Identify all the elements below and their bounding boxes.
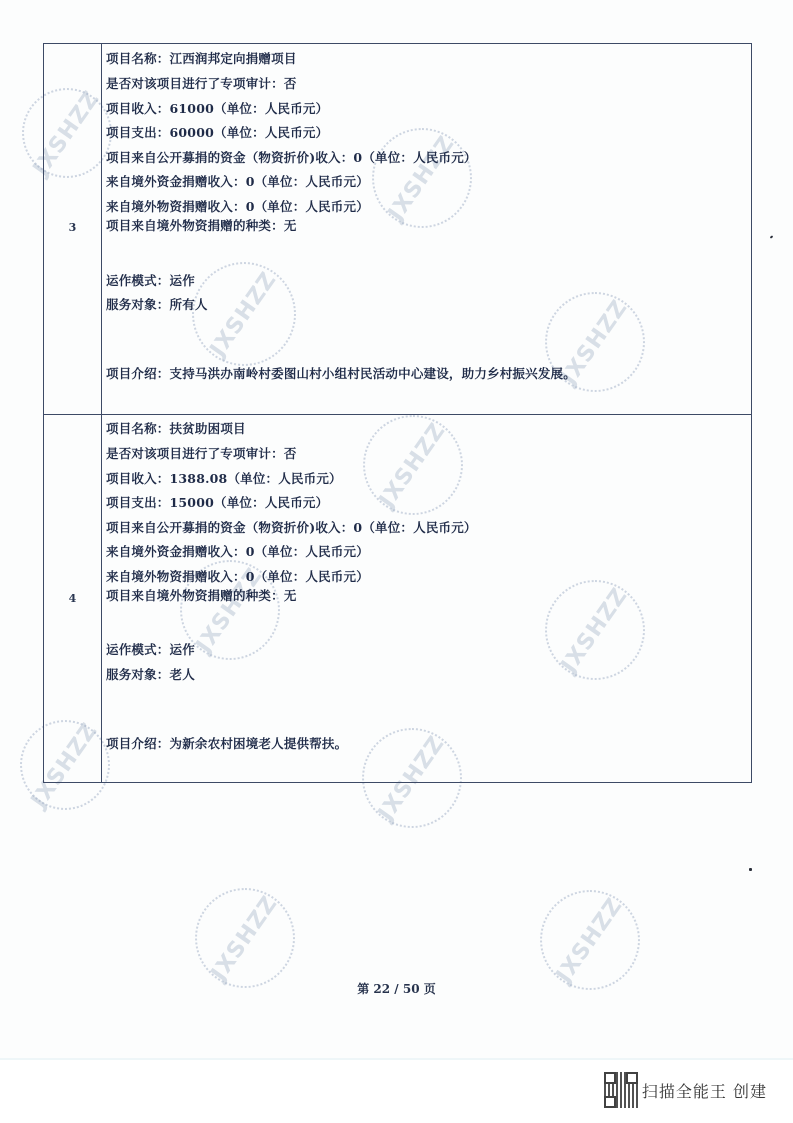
special-audit: 是否对该项目进行了专项审计：否 [106,444,297,462]
project-details-cell: 项目名称：扶贫助困项目 是否对该项目进行了专项审计：否 项目收入：1388.08… [102,415,751,782]
project-expense: 项目支出：15000（单位：人民币元） [106,493,328,511]
scanner-watermark-text: 扫描全能王 创建 [642,1079,767,1102]
scan-speck [770,235,774,238]
project-row: 4 项目名称：扶贫助困项目 是否对该项目进行了专项审计：否 项目收入：1388.… [44,414,751,782]
project-name: 项目名称：江西润邦定向捐赠项目 [106,49,297,67]
service-target: 服务对象：所有人 [106,295,208,313]
seal-stamp: JXSHZZ [195,888,295,988]
project-income: 项目收入：1388.08（单位：人民币元） [106,469,342,487]
project-row: 3 项目名称：江西润邦定向捐赠项目 是否对该项目进行了专项审计：否 项目收入：6… [44,44,751,414]
overseas-fund-income: 来自境外资金捐赠收入：0（单位：人民币元） [106,172,369,190]
public-fundraising-income: 项目来自公开募捐的资金（物资折价)收入：0（单位：人民币元） [106,518,477,536]
row-index-cell: 4 [44,415,102,782]
scanner-watermark: 扫描全能王 创建 [604,1072,767,1108]
project-expense: 项目支出：60000（单位：人民币元） [106,123,328,141]
overseas-material-types: 项目来自境外物资捐赠的种类：无 [106,216,297,234]
row-index: 4 [44,592,101,605]
public-fundraising-income: 项目来自公开募捐的资金（物资折价)收入：0（单位：人民币元） [106,148,477,166]
overseas-material-income: 来自境外物资捐赠收入：0（单位：人民币元） [106,567,369,585]
project-introduction: 项目介绍：支持马洪办南岭村委图山村小组村民活动中心建设，助力乡村振兴发展。 [106,364,576,382]
overseas-material-types: 项目来自境外物资捐赠的种类：无 [106,586,297,604]
special-audit: 是否对该项目进行了专项审计：否 [106,74,297,92]
scanned-page: JXSHZZ JXSHZZ JXSHZZ JXSHZZ JXSHZZ JXSHZ… [0,0,793,1060]
row-index-cell: 3 [44,44,102,414]
page-number: 第 22 / 50 页 [0,980,793,997]
project-table: 3 项目名称：江西润邦定向捐赠项目 是否对该项目进行了专项审计：否 项目收入：6… [43,43,752,783]
row-index: 3 [44,221,101,234]
overseas-material-income: 来自境外物资捐赠收入：0（单位：人民币元） [106,197,369,215]
service-target: 服务对象：老人 [106,665,195,683]
project-details-cell: 项目名称：江西润邦定向捐赠项目 是否对该项目进行了专项审计：否 项目收入：610… [102,44,751,414]
project-name: 项目名称：扶贫助困项目 [106,419,246,437]
seal-stamp: JXSHZZ [540,890,640,990]
operation-mode: 运作模式：运作 [106,640,195,658]
operation-mode: 运作模式：运作 [106,271,195,289]
project-income: 项目收入：61000（单位：人民币元） [106,99,328,117]
overseas-fund-income: 来自境外资金捐赠收入：0（单位：人民币元） [106,542,369,560]
project-introduction: 项目介绍：为新余农村困境老人提供帮扶。 [106,734,347,752]
scan-speck [749,868,752,871]
qr-code-icon [604,1072,638,1108]
